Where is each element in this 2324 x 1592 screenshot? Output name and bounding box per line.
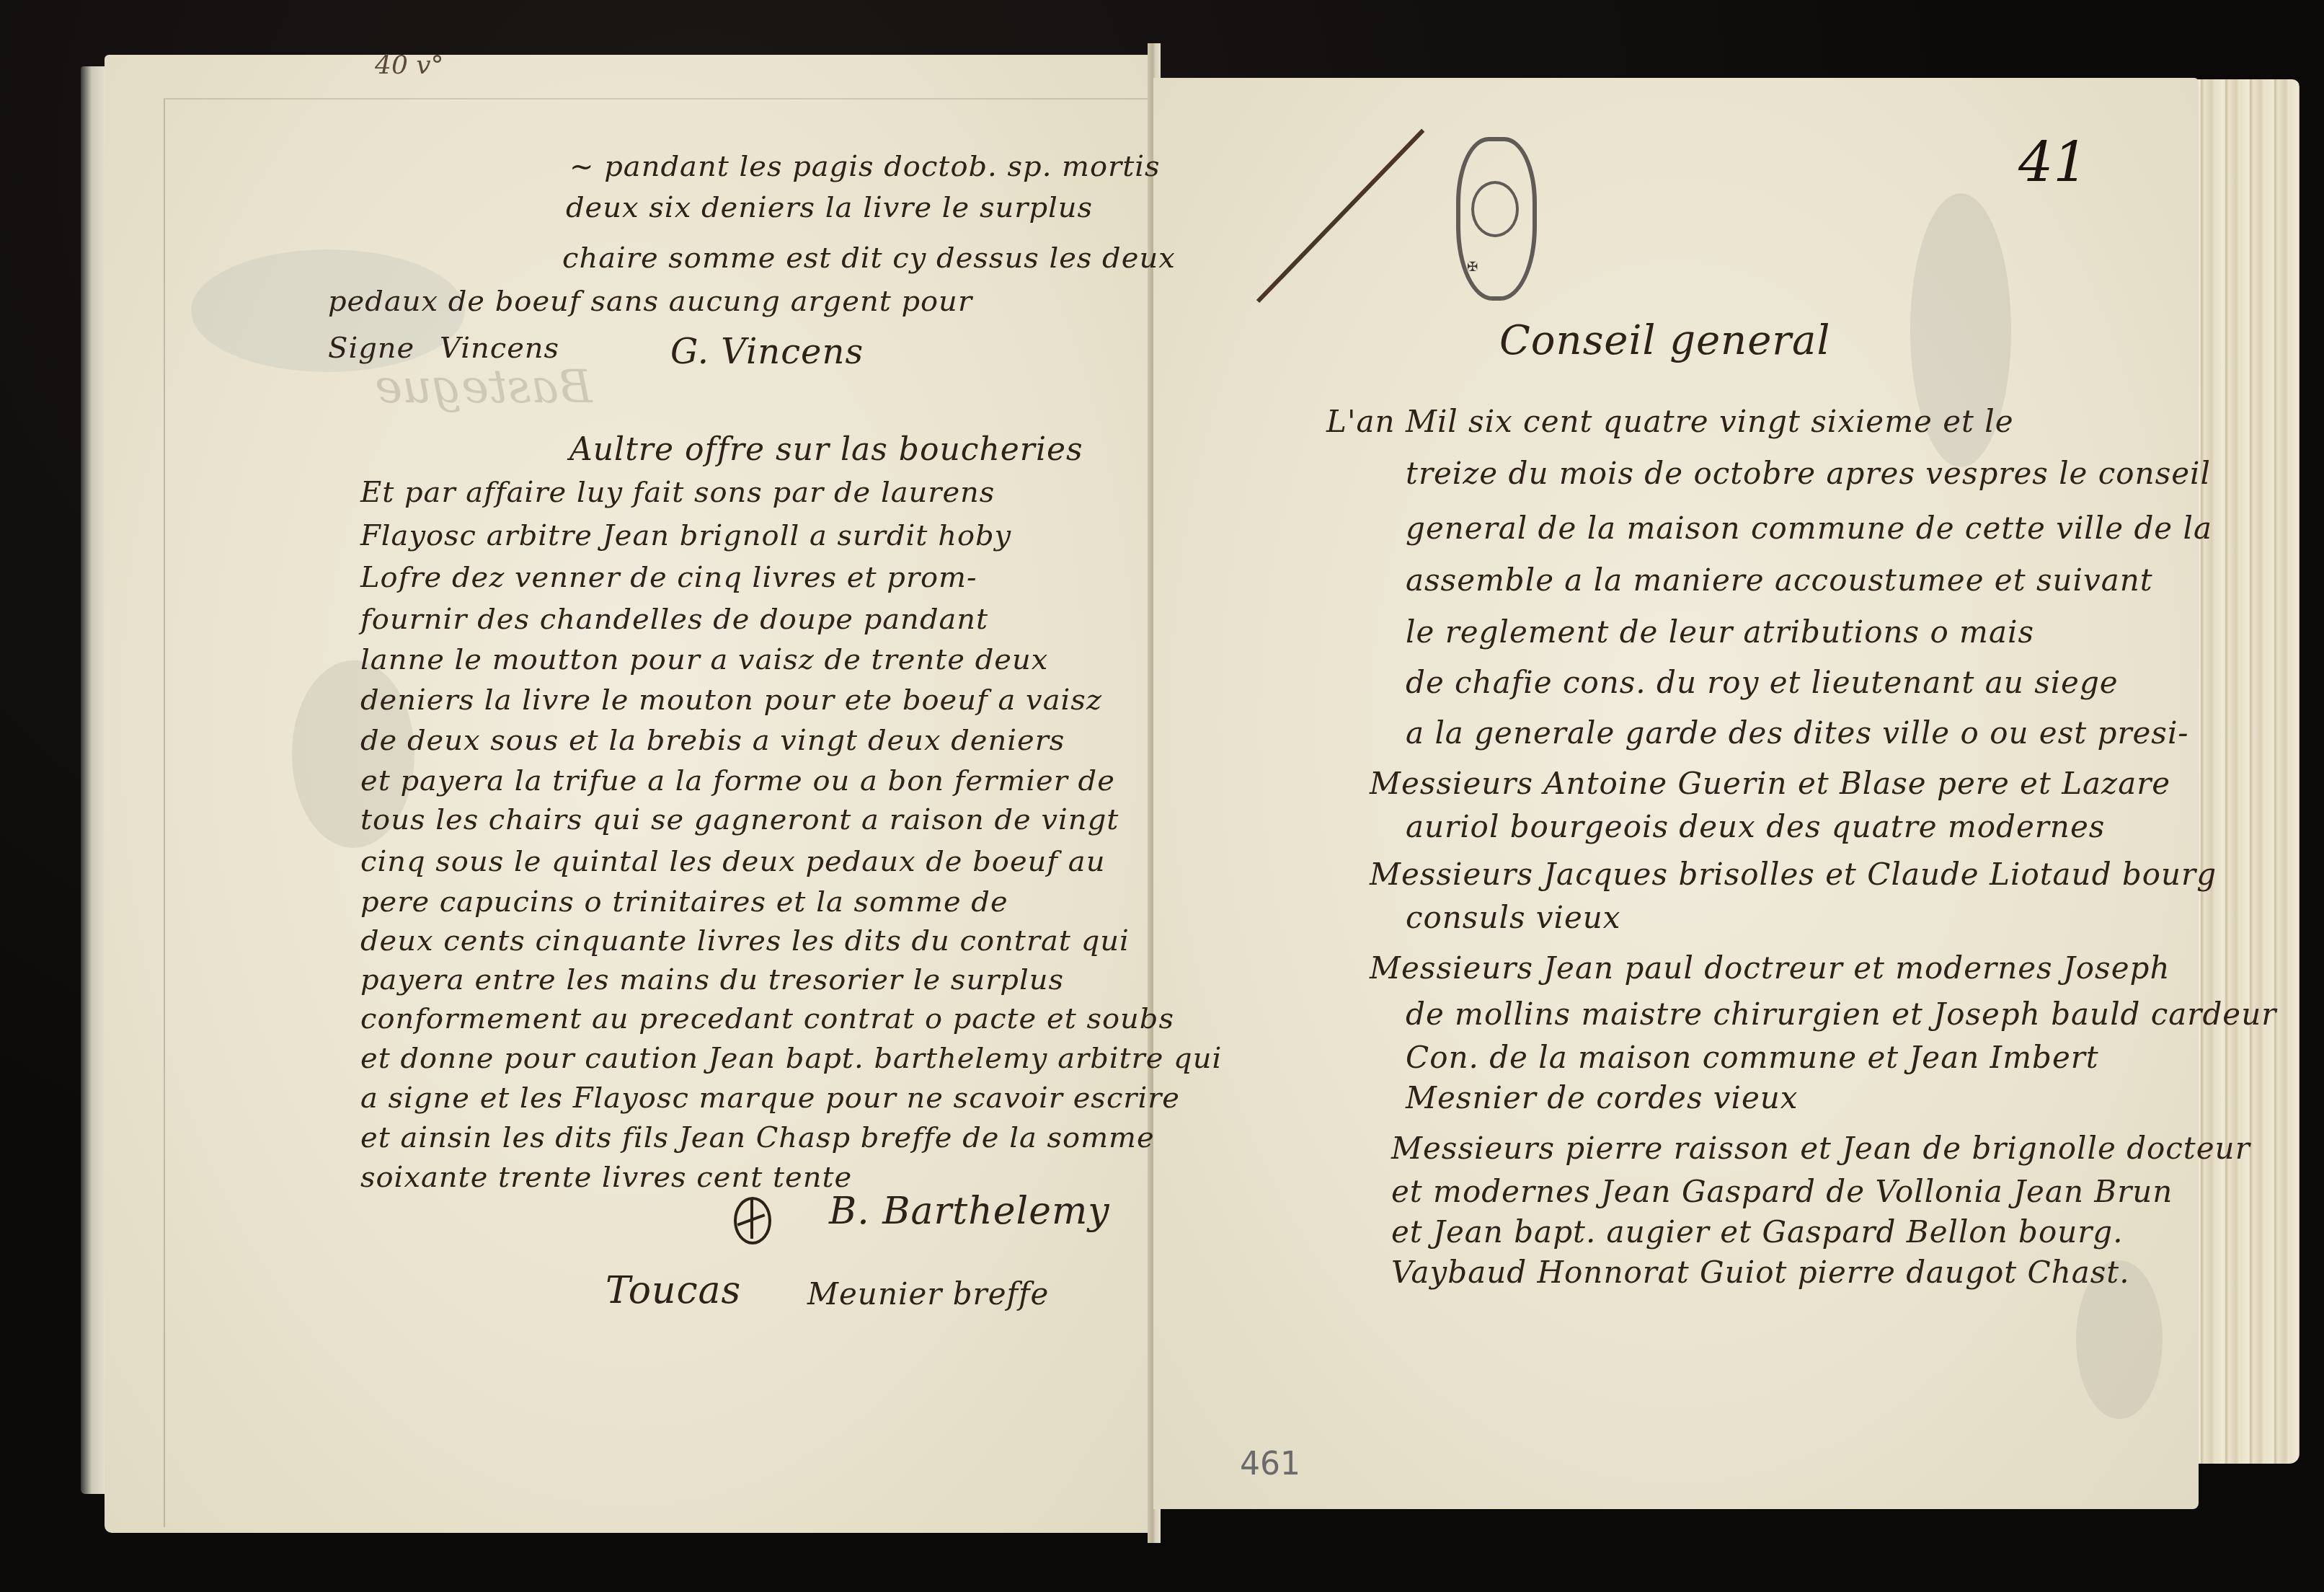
right-line: a la generale garde des dites ville o ou… bbox=[1406, 715, 2189, 751]
left-line: tous les chairs qui se gagneront a raiso… bbox=[360, 803, 1119, 836]
bleed-through-text: Bastegue bbox=[375, 361, 593, 414]
signature-g-vincens: G. Vincens bbox=[670, 332, 864, 372]
right-line: treize du mois de octobre apres vespres … bbox=[1406, 456, 2211, 491]
left-line: ~ pandant les pagis doctob. sp. mortis bbox=[569, 150, 1161, 183]
left-folio-number: 40 v° bbox=[375, 50, 444, 80]
right-line: Messieurs Jacques brisolles et Claude Li… bbox=[1370, 857, 2217, 892]
right-line: consuls vieux bbox=[1406, 900, 1621, 935]
left-line: de deux sous et la brebis a vingt deux d… bbox=[360, 724, 1065, 757]
right-line: assemble a la maniere accoustumee et sui… bbox=[1406, 562, 2153, 598]
left-line: et payera la trifue a la forme ou a bon … bbox=[360, 764, 1115, 797]
left-line: deux cents cinquante livres les dits du … bbox=[360, 924, 1130, 958]
left-line: et ainsin les dits fils Jean Chasp breff… bbox=[360, 1121, 1155, 1154]
left-line: et donne pour caution Jean bapt. barthel… bbox=[360, 1042, 1222, 1075]
left-line: Et par affaire luy fait sons par de laur… bbox=[360, 476, 995, 509]
left-line: deniers la livre le mouton pour ete boeu… bbox=[360, 684, 1102, 717]
signature-barthelemy: B. Barthelemy bbox=[829, 1190, 1110, 1233]
signature-meunier: Meunier breffe bbox=[807, 1276, 1049, 1312]
right-line: et Jean bapt. augier et Gaspard Bellon b… bbox=[1391, 1214, 2124, 1250]
left-line: payera entre les mains du tresorier le s… bbox=[360, 963, 1064, 996]
signe-label: Signe bbox=[328, 332, 414, 365]
left-line: cinq sous le quintal les deux pedaux de … bbox=[360, 845, 1105, 878]
right-line: general de la maison commune de cette vi… bbox=[1406, 510, 2212, 546]
right-line: Mesnier de cordes vieux bbox=[1406, 1080, 1799, 1115]
cross-mark-signature bbox=[734, 1197, 771, 1244]
right-line: Con. de la maison commune et Jean Imbert bbox=[1406, 1040, 2099, 1075]
left-line: fournir des chandelles de doupe pandant bbox=[360, 603, 988, 636]
right-line: Messieurs Antoine Guerin et Blase pere e… bbox=[1370, 766, 2170, 801]
right-page-stack-edge bbox=[2191, 79, 2299, 1464]
left-line: deux six deniers la livre le surplus bbox=[566, 191, 1093, 224]
right-line: de mollins maistre chirurgien et Joseph … bbox=[1406, 996, 2276, 1032]
right-folio-number: 41 bbox=[2018, 130, 2088, 194]
stamp-label: ✠ bbox=[1467, 260, 1478, 275]
right-line: de chafie cons. du roy et lieutenant au … bbox=[1406, 665, 2119, 700]
left-line: Lofre dez venner de cinq livres et prom- bbox=[360, 561, 977, 594]
left-line: pedaux de boeuf sans aucung argent pour bbox=[328, 285, 972, 318]
signature-vincens: Vincens bbox=[440, 332, 559, 365]
right-line: Messieurs pierre raisson et Jean de brig… bbox=[1391, 1131, 2250, 1166]
left-line: lanne le moutton pour a vaisz de trente … bbox=[360, 643, 1048, 676]
left-line: soixante trente livres cent tente bbox=[360, 1161, 852, 1194]
left-line: pere capucins o trinitaires et la somme … bbox=[360, 885, 1008, 919]
right-line: Vaybaud Honnorat Guiot pierre daugot Cha… bbox=[1391, 1255, 2130, 1290]
right-line: L'an Mil six cent quatre vingt sixieme e… bbox=[1326, 404, 2014, 439]
pencil-archive-number: 461 bbox=[1240, 1446, 1300, 1482]
right-line: auriol bourgeois deux des quatre moderne… bbox=[1406, 809, 2105, 844]
left-heading: Aultre offre sur las boucheries bbox=[569, 431, 1083, 468]
left-line: chaire somme est dit cy dessus les deux bbox=[562, 242, 1176, 275]
right-line: et modernes Jean Gaspard de Vollonia Jea… bbox=[1391, 1174, 2173, 1209]
right-line: Messieurs Jean paul doctreur et modernes… bbox=[1370, 950, 2170, 986]
fiscal-stamp bbox=[1456, 137, 1537, 301]
left-line: a signe et les Flayosc marque pour ne sc… bbox=[360, 1082, 1180, 1115]
left-line: conformement au precedant contrat o pact… bbox=[360, 1002, 1174, 1035]
signature-toucas: Toucas bbox=[606, 1269, 741, 1312]
right-heading: Conseil general bbox=[1499, 317, 1830, 364]
left-line: Flayosc arbitre Jean brignoll a surdit h… bbox=[360, 519, 1011, 552]
right-line: le reglement de leur atributions o mais bbox=[1406, 614, 2034, 650]
